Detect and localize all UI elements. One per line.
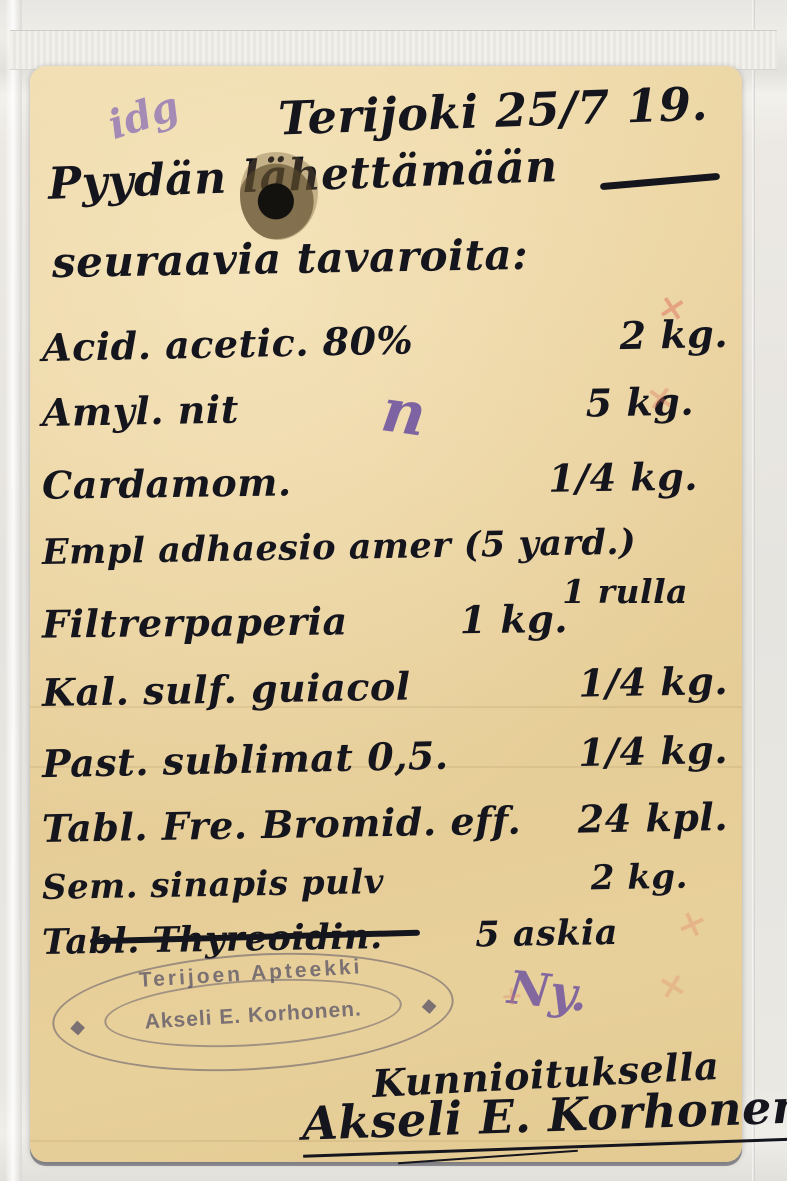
item-qty: 1/4 kg. [578, 658, 728, 706]
item-name: Past. sublimat 0,5. [42, 733, 449, 787]
intro-line-2: seuraavia tavaroita: [52, 230, 529, 287]
red-pencil-mark: × [654, 963, 691, 1009]
purple-pencil-initials: idg [102, 82, 184, 149]
item-qty: 5 kg. [585, 379, 694, 426]
item-name: Tabl. Fre. Bromid. eff. [42, 798, 522, 851]
item-name: Kal. sulf. guiacol [42, 664, 411, 715]
item-name: Acid. acetic. 80% [42, 317, 414, 370]
item-name: Filtrerpaperia [42, 598, 348, 646]
red-pencil-mark: × [643, 376, 677, 420]
item-name: Cardamom. [42, 459, 292, 507]
item-qty: 1 kg. [459, 596, 568, 642]
purple-pencil-note: n [377, 375, 430, 450]
order-item-row: Sem. sinapis pulv 2 kg. [42, 856, 729, 908]
sleeve-top-band [10, 30, 777, 70]
item-qty: 2 kg. [590, 857, 688, 899]
order-item-row: Cardamom. 1/4 kg. [42, 453, 729, 508]
order-item-row: Filtrerpaperia 1 kg. [42, 594, 728, 646]
item-name: Empl adhaesio amer (5 yard.) [42, 522, 637, 573]
order-item-row: Past. sublimat 0,5. 1/4 kg. [42, 727, 729, 786]
postcard: idg Terijoki 25/7 19. Pyydän lähettämään… [30, 66, 742, 1162]
item-qty: 24 kpl. [577, 794, 728, 842]
stamp-diamond-ornament: ◆ [70, 1016, 85, 1038]
item-name: Sem. sinapis pulv [42, 862, 385, 908]
item-name: Amyl. nit [42, 387, 240, 435]
order-item-row: Empl adhaesio amer (5 yard.) [42, 520, 729, 573]
order-item-row: Tabl. Fre. Bromid. eff. 24 kpl. [42, 794, 729, 851]
item-qty: 1/4 kg. [548, 454, 698, 501]
item-qty: 1/4 kg. [578, 727, 729, 775]
order-item-row: Acid. acetic. 80% 2 kg. [42, 311, 729, 370]
date-underline-flourish [600, 173, 720, 190]
item-qty: 5 askia [475, 912, 618, 955]
ink-blot [240, 148, 318, 240]
place-date-line: Terijoki 25/7 19. [277, 77, 709, 146]
stamp-diamond-ornament: ◆ [421, 995, 436, 1017]
